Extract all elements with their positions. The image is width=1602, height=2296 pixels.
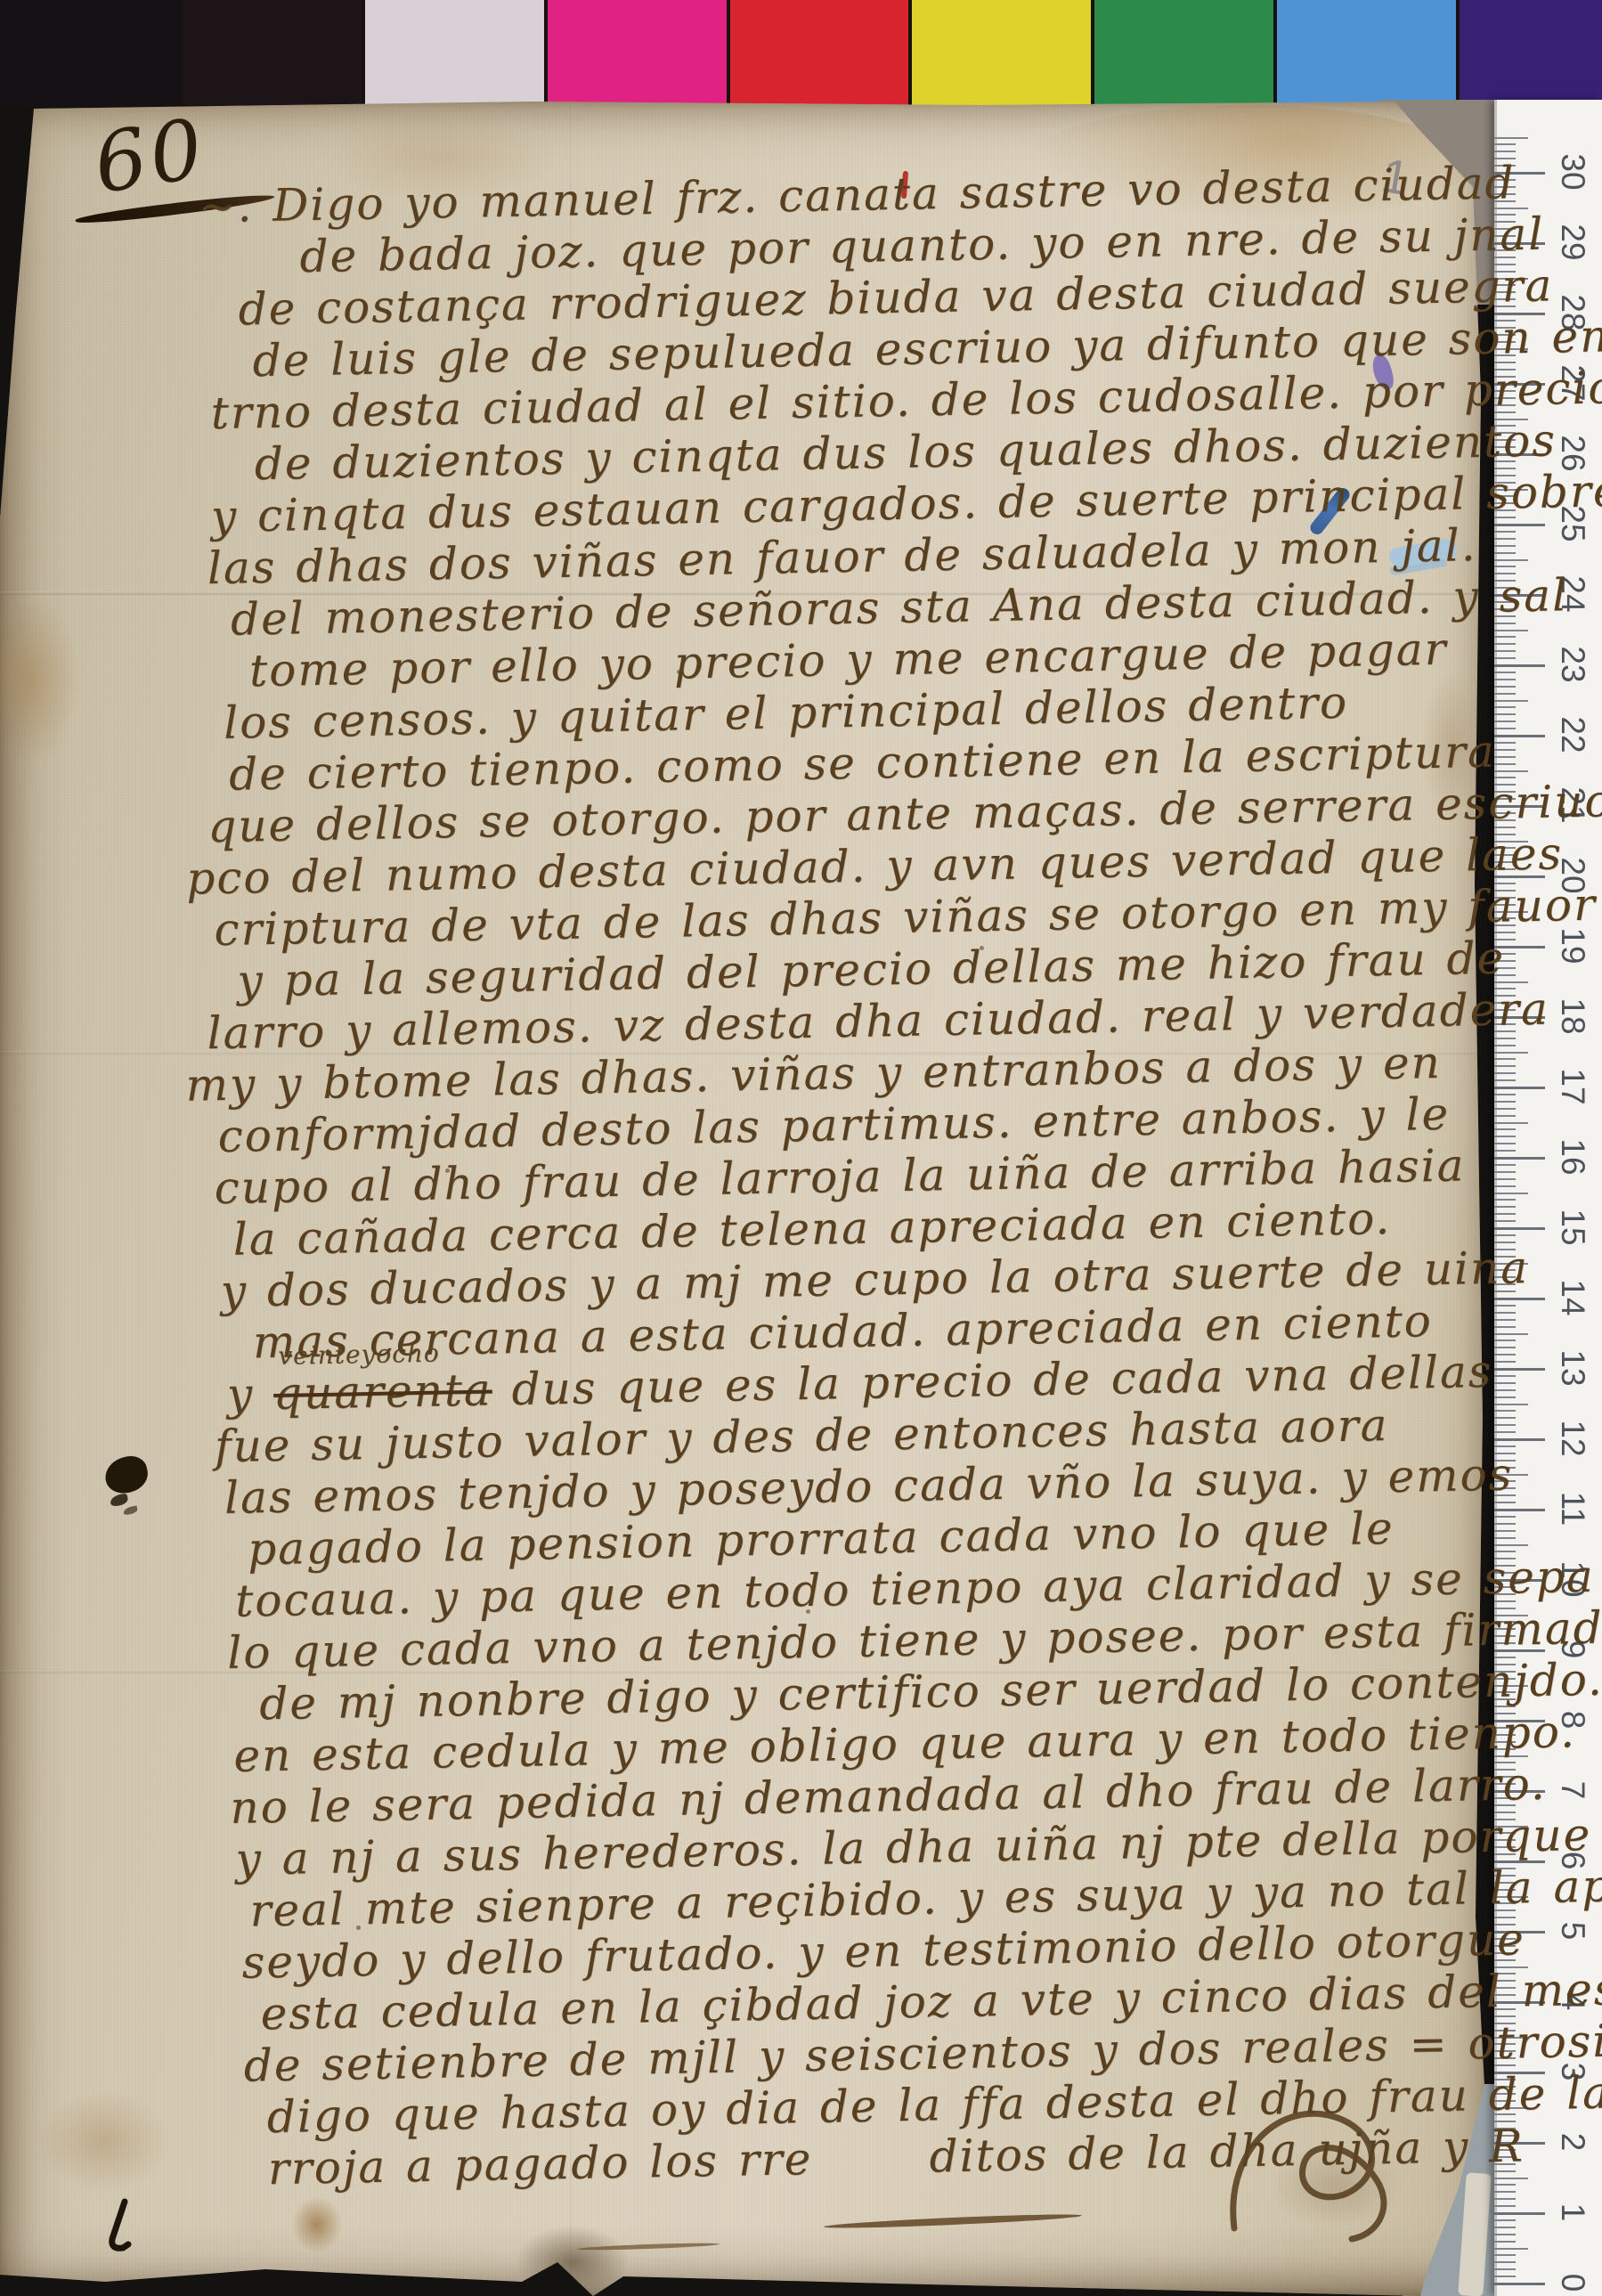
ruler-tick (1494, 1354, 1516, 1356)
ruler-tick (1494, 2241, 1516, 2243)
ruler-tick (1494, 1537, 1516, 1539)
color-patch-yellow (912, 0, 1091, 105)
ruler-tick (1494, 1544, 1528, 1546)
ruler-tick (1494, 1396, 1516, 1398)
ruler-tick (1494, 1339, 1516, 1341)
ruler-tick (1494, 1045, 1516, 1046)
ruler-tick (1494, 2283, 1545, 2285)
ruler-tick (1494, 650, 1516, 652)
ruler-tick (1494, 1445, 1516, 1447)
paper-stain (516, 2227, 629, 2296)
ruler-tick (1494, 1234, 1516, 1236)
ruler-tick (1494, 1424, 1516, 1426)
ruler-tick (1494, 1199, 1516, 1201)
ruler-tick (1494, 1150, 1516, 1152)
ruler-tick (1494, 770, 1528, 772)
ruler-tick (1494, 1438, 1545, 1441)
ruler-tick (1494, 559, 1528, 561)
ruler-tick (1494, 1333, 1528, 1335)
color-calibration-bar (0, 0, 1602, 105)
ruler-tick (1494, 1326, 1516, 1328)
ruler-tick (1494, 1347, 1516, 1348)
color-patch-purple (1460, 0, 1602, 105)
ruler-tick (1494, 721, 1516, 722)
ruler-tick (1494, 2268, 1516, 2270)
ruler-tick (1494, 137, 1528, 139)
color-patch-white (365, 0, 544, 105)
color-patch-green (1094, 0, 1273, 105)
ruler-tick (1494, 1220, 1516, 1222)
ruler-tick (1494, 1115, 1516, 1117)
ruler-tick (1494, 2184, 1516, 2186)
ruler-tick (1494, 2276, 1516, 2277)
ruler-tick (1494, 1305, 1516, 1307)
ruler-tick (1494, 1072, 1516, 1074)
ruler-tick (1494, 2212, 1545, 2215)
struck-word: quarentaveinteyocho (273, 1364, 493, 1419)
color-patch-blue (1277, 0, 1456, 105)
ruler-tick (1494, 2198, 1516, 2200)
ruler-tick (1494, 643, 1516, 645)
ruler-tick (1494, 1502, 1516, 1503)
ruler-tick (1494, 1101, 1516, 1103)
ruler-tick (1494, 700, 1528, 702)
ruler-tick (1494, 1523, 1516, 1525)
ruler-tick (1494, 1178, 1516, 1180)
ruler-tick (1494, 630, 1528, 631)
scanned-manuscript-page: 0123456789101112131415161718192021222324… (0, 0, 1602, 2296)
ruler-tick (1494, 1079, 1516, 1081)
ruler-tick (1494, 1193, 1528, 1194)
ruler-tick (1494, 1298, 1545, 1300)
ruler-tick (1494, 1516, 1516, 1518)
color-patch-magenta (548, 0, 727, 105)
ruler-tick (1494, 1431, 1516, 1433)
color-patch-black-2 (183, 0, 362, 105)
ruler-tick (1494, 143, 1516, 145)
ruler-tick (1494, 2205, 1516, 2207)
ruler-tick (1494, 1389, 1516, 1391)
notary-rubric-flourish (1218, 2095, 1405, 2250)
color-patch-red (730, 0, 909, 105)
ruler-tick (1494, 531, 1516, 533)
ruler-tick (1494, 2248, 1528, 2250)
ruler-tick (1494, 1094, 1516, 1095)
ruler-tick (1494, 1206, 1516, 1208)
ruler-tick (1494, 151, 1516, 152)
ruler-tick (1494, 1185, 1516, 1187)
ruler-tick (1494, 735, 1545, 737)
bottom-left-ink-mark (105, 2198, 135, 2259)
ruler-tick (1494, 636, 1516, 638)
ruler-tick (1494, 2191, 1516, 2193)
ruler-tick (1494, 657, 1516, 659)
ruler-tick (1494, 686, 1516, 688)
ruler-tick (1494, 1143, 1516, 1144)
ruler-tick (1494, 756, 1516, 758)
ruler-tick (1494, 1361, 1516, 1363)
ruler-tick (1494, 2254, 1516, 2256)
ruler-tick (1494, 1087, 1545, 1089)
ruler-tick (1494, 1136, 1516, 1137)
color-patch-black-1 (0, 0, 179, 105)
interline-correction: veinteyocho (278, 1341, 440, 1369)
manuscript-text: ~. Digo yo manuel frz. canata sastre vo … (116, 159, 1488, 2197)
ruler-tick (1494, 713, 1516, 715)
ruler-tick (1494, 623, 1516, 624)
ruler-tick (1494, 1122, 1528, 1124)
ruler-tick (1494, 1052, 1528, 1054)
ruler-tick (1494, 664, 1545, 667)
ruler-tick (1494, 728, 1516, 729)
ruler-tick (1494, 2261, 1516, 2263)
ruler-tick (1494, 763, 1516, 765)
paper-stain (292, 2197, 342, 2252)
ruler-tick (1494, 1227, 1545, 1230)
ruler-tick (1494, 1404, 1528, 1405)
ruler-tick (1494, 566, 1516, 567)
ruler-tick (1494, 1213, 1516, 1215)
ruler-tick (1494, 672, 1516, 673)
ruler-tick (1494, 1128, 1516, 1130)
ruler-tick (1494, 1368, 1545, 1371)
ruler-tick (1494, 1065, 1516, 1067)
ruler-tick (1494, 1417, 1516, 1419)
ruler-tick (1494, 1530, 1516, 1532)
ruler-tick (1494, 538, 1516, 540)
ruler-tick (1494, 1038, 1516, 1039)
ruler-tick (1494, 524, 1545, 526)
ruler-tick (1494, 2178, 1528, 2179)
ruler-tick (1494, 1375, 1516, 1377)
paper-stain (0, 595, 80, 764)
ruler-tick (1494, 1382, 1516, 1384)
ruler-tick (1494, 742, 1516, 744)
ruler-tick (1494, 1164, 1516, 1166)
ruler-tick (1494, 679, 1516, 680)
ruler-tick (1494, 552, 1516, 554)
ruler-tick (1494, 1509, 1545, 1511)
ruler-tick (1494, 1410, 1516, 1412)
ruler-tick (1494, 545, 1516, 547)
ruler-tick (1494, 1312, 1516, 1314)
ruler-tick (1494, 1157, 1545, 1160)
ruler-tick (1494, 1319, 1516, 1321)
ruler-tick (1494, 706, 1516, 708)
ruler-tick (1494, 1171, 1516, 1173)
ruler-tick (1494, 749, 1516, 751)
ruler-tick (1494, 2234, 1516, 2235)
ruler-tick (1494, 2219, 1516, 2221)
ruler-tick (1494, 2227, 1516, 2228)
ruler-tick (1494, 1108, 1516, 1110)
ruler-tick (1494, 693, 1516, 695)
paper-stain (36, 2090, 169, 2193)
ruler-tick (1494, 1058, 1516, 1060)
